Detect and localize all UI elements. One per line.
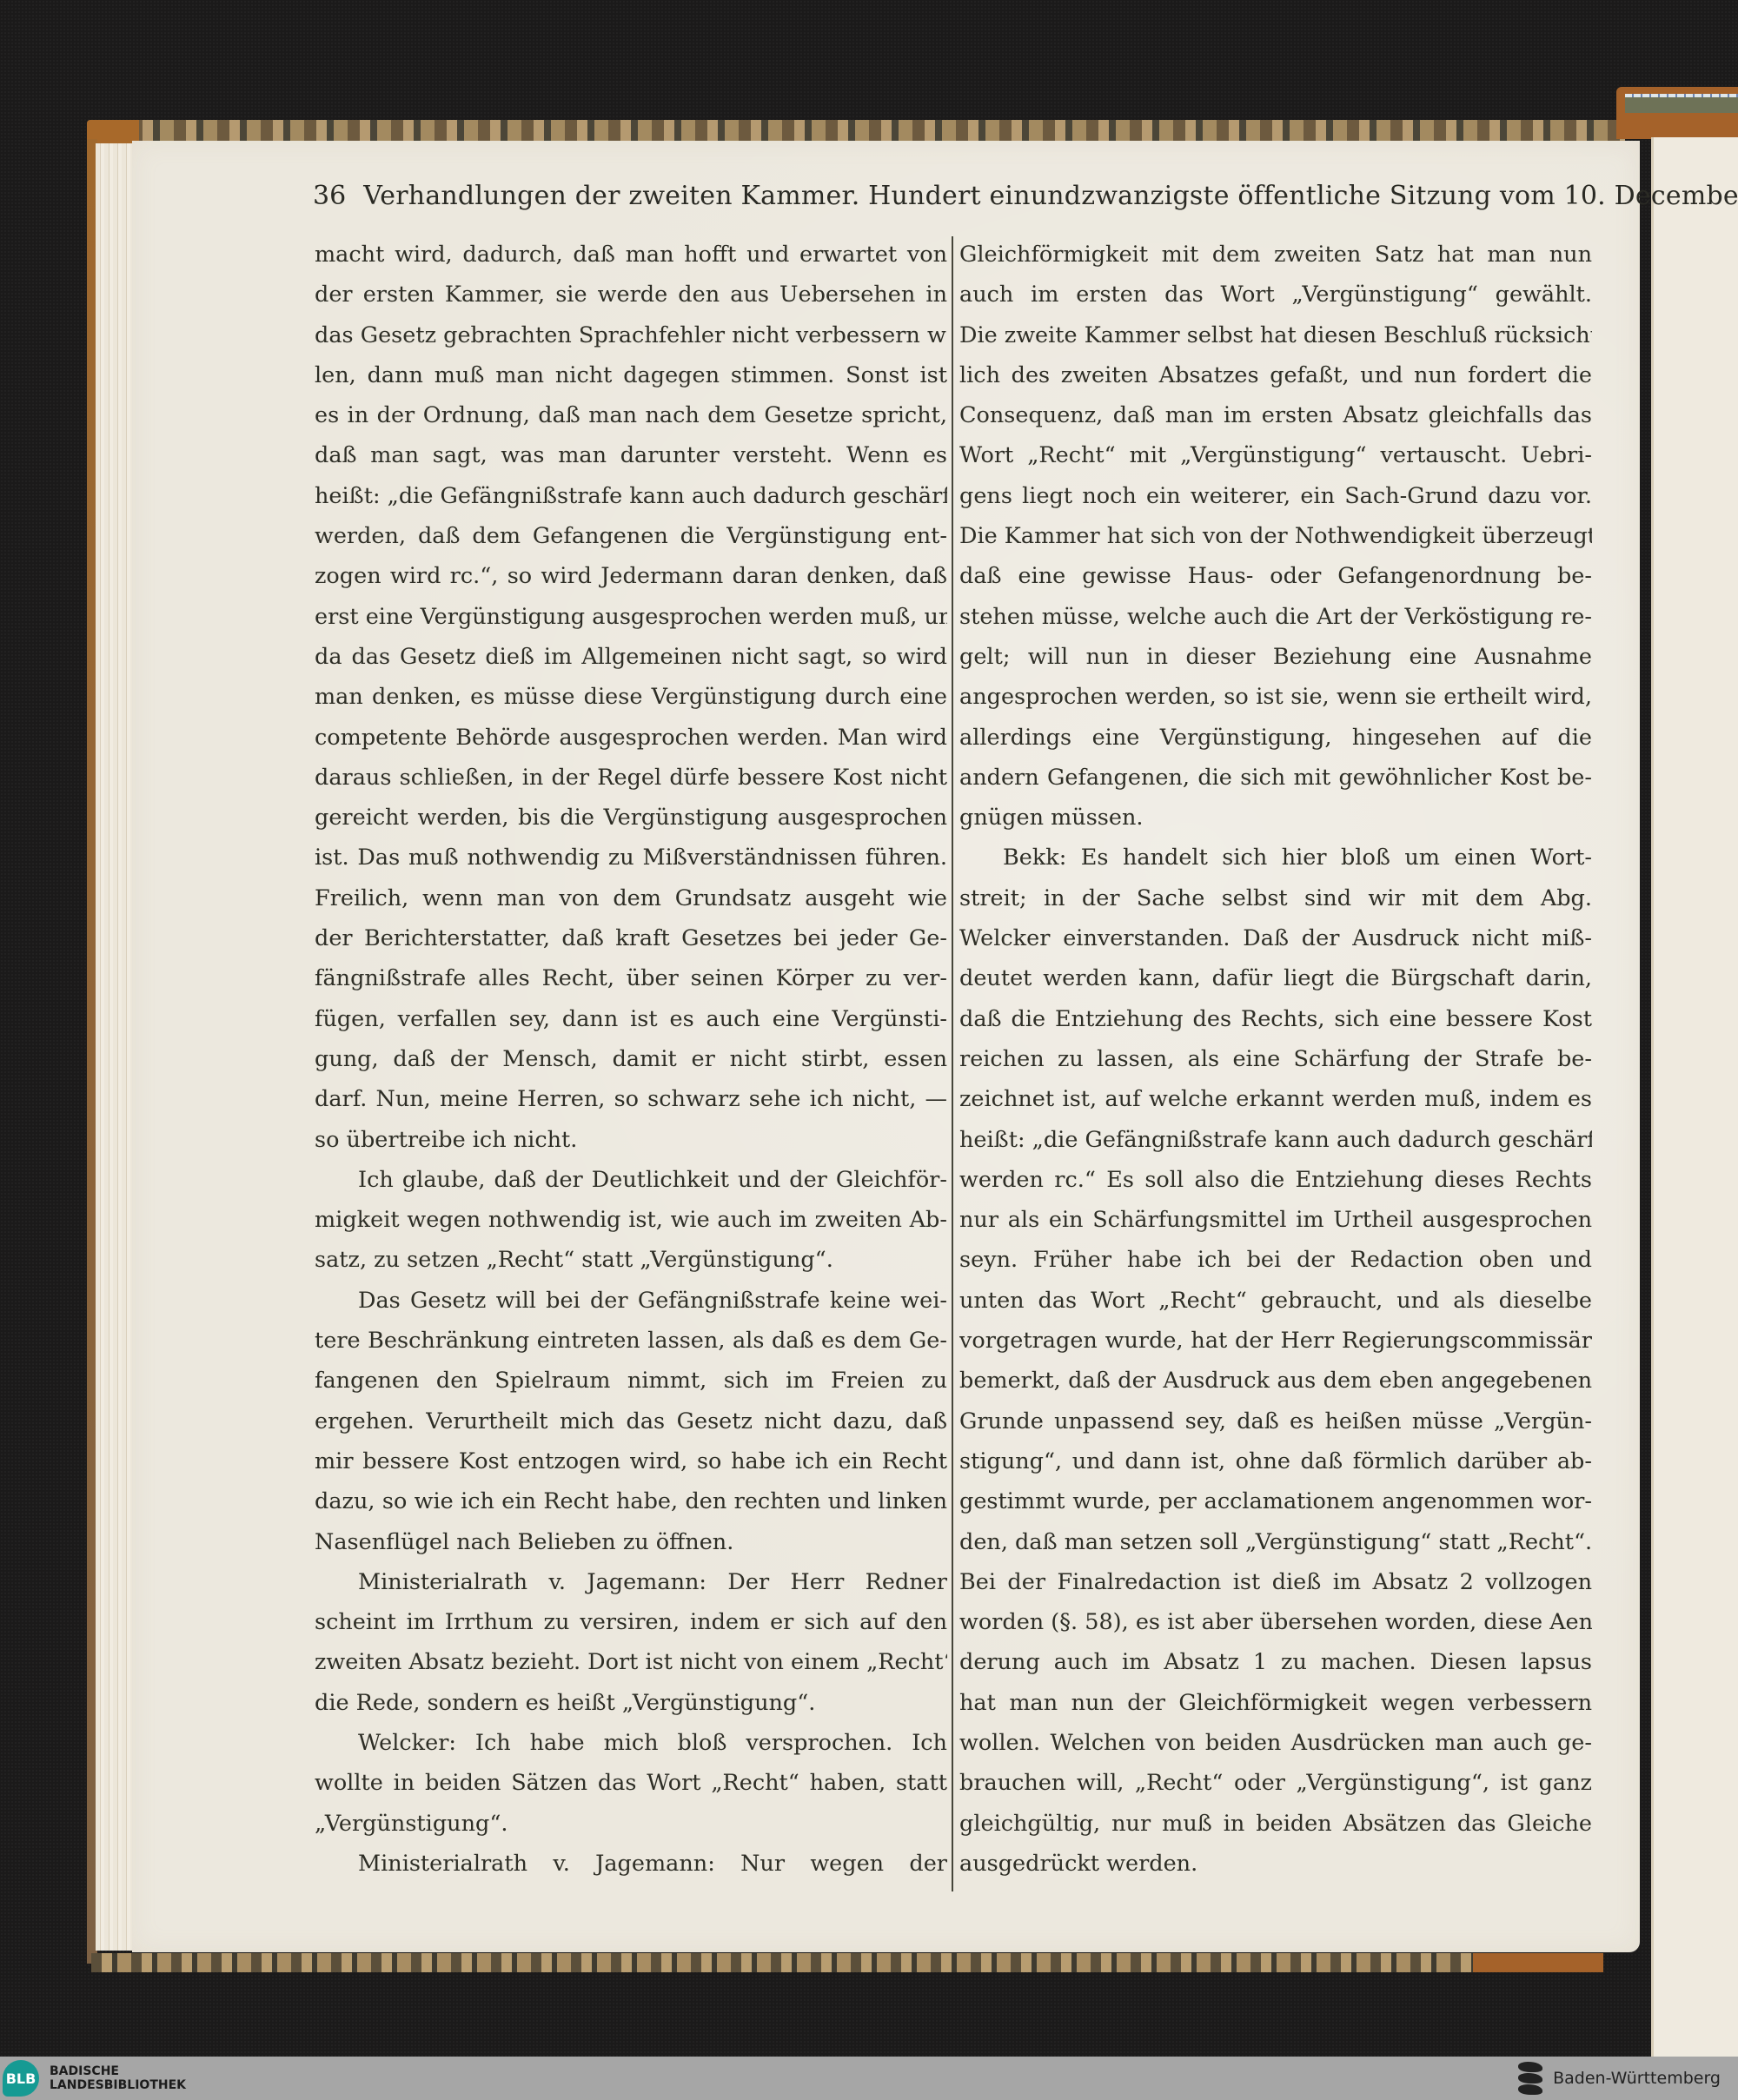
text-line: len, dann muß man nicht dagegen stimmen.…: [315, 355, 947, 395]
text-line: Die Kammer hat sich von der Nothwendigke…: [959, 516, 1592, 556]
page-stack-edges: [96, 143, 135, 1951]
text-line: Wort „Recht“ mit „Vergünstigung“ vertaus…: [959, 435, 1592, 475]
blb-logo-icon: BLB: [3, 2060, 39, 2097]
text-line: Die zweite Kammer selbst hat diesen Besc…: [959, 315, 1592, 355]
text-line: derung auch im Absatz 1 zu machen. Diese…: [959, 1642, 1592, 1682]
text-line: Consequenz, daß man im ersten Absatz gle…: [959, 395, 1592, 435]
text-line: gereicht werden, bis die Vergünstigung a…: [315, 798, 947, 838]
text-line: angesprochen werden, so ist sie, wenn si…: [959, 677, 1592, 717]
text-line: erst eine Vergünstigung ausgesprochen we…: [315, 597, 947, 637]
text-line: man denken, es müsse diese Vergünstigung…: [315, 677, 947, 717]
text-line: streit; in der Sache selbst sind wir mit…: [959, 878, 1592, 918]
text-line: werden rc.“ Es soll also die Entziehung …: [959, 1160, 1592, 1200]
text-line: nur als ein Schärfungsmittel im Urtheil …: [959, 1200, 1592, 1240]
headband: [1625, 94, 1738, 113]
text-line: zweiten Absatz bezieht. Dort ist nicht v…: [315, 1642, 947, 1682]
text-line: worden (§. 58), es ist aber übersehen wo…: [959, 1602, 1592, 1642]
text-line: tere Beschränkung eintreten lassen, als …: [315, 1321, 947, 1361]
text-line: seyn. Früher habe ich bei der Redaction …: [959, 1240, 1592, 1280]
text-line: stigung“, und dann ist, ohne daß förmlic…: [959, 1441, 1592, 1481]
text-line: gestimmt wurde, per acclamationem angeno…: [959, 1481, 1592, 1521]
text-line: heißt: „die Gefängnißstrafe kann auch da…: [959, 1120, 1592, 1160]
text-line: da das Gesetz dieß im Allgemeinen nicht …: [315, 637, 947, 677]
text-line: Bei der Finalredaction ist dieß im Absat…: [959, 1562, 1592, 1602]
text-line: fügen, verfallen sey, dann ist es auch e…: [315, 999, 947, 1039]
page-number: 36: [313, 181, 346, 211]
right-cover-corner: [1616, 87, 1738, 139]
text-line: wollte in beiden Sätzen das Wort „Recht“…: [315, 1763, 947, 1803]
text-line: brauchen will, „Recht“ oder „Vergünstigu…: [959, 1763, 1592, 1803]
bw-name: Baden-Württemberg: [1553, 2069, 1721, 2088]
text-line: macht wird, dadurch, daß man hofft und e…: [315, 235, 947, 275]
text-line: fangenen den Spielraum nimmt, sich im Fr…: [315, 1361, 947, 1401]
text-line: gelt; will nun in dieser Beziehung eine …: [959, 637, 1592, 677]
text-line: reichen zu lassen, als eine Schärfung de…: [959, 1039, 1592, 1079]
text-line: hat man nun der Gleichförmigkeit wegen v…: [959, 1683, 1592, 1723]
text-line: Welcker: Ich habe mich bloß versprochen.…: [315, 1723, 947, 1763]
text-line: satz, zu setzen „Recht“ statt „Vergünsti…: [315, 1240, 947, 1280]
text-line: daß eine gewisse Haus- oder Gefangenordn…: [959, 556, 1592, 596]
text-line: competente Behörde ausgesprochen werden.…: [315, 718, 947, 758]
blb-branding[interactable]: BLB BADISCHE LANDESBIBLIOTHEK: [3, 2060, 186, 2097]
book-cover-bottom-edge: [91, 1953, 1603, 1972]
text-line: scheint im Irrthum zu versiren, indem er…: [315, 1602, 947, 1642]
column-divider: [952, 236, 953, 1891]
blb-name-line1: BADISCHE: [50, 2064, 186, 2078]
text-line: ist. Das muß nothwendig zu Mißverständni…: [315, 838, 947, 878]
text-line: auch im ersten das Wort „Vergünstigung“ …: [959, 275, 1592, 315]
text-line: zeichnet ist, auf welche erkannt werden …: [959, 1079, 1592, 1119]
text-line: fängnißstrafe alles Recht, über seinen K…: [315, 958, 947, 998]
text-line: es in der Ordnung, daß man nach dem Gese…: [315, 395, 947, 435]
text-line: unten das Wort „Recht“ gebraucht, und al…: [959, 1281, 1592, 1321]
text-line: gleichgültig, nur muß in beiden Absätzen…: [959, 1804, 1592, 1844]
text-line: den, daß man setzen soll „Vergünstigung“…: [959, 1522, 1592, 1562]
text-line: mir bessere Kost entzogen wird, so habe …: [315, 1441, 947, 1481]
facing-page-edge: [1651, 137, 1738, 2075]
text-line: dazu, so wie ich ein Recht habe, den rec…: [315, 1481, 947, 1521]
text-line: wollen. Welchen von beiden Ausdrücken ma…: [959, 1723, 1592, 1763]
text-line: andern Gefangenen, die sich mit gewöhnli…: [959, 758, 1592, 798]
right-column: Gleichförmigkeit mit dem zweiten Satz ha…: [959, 235, 1592, 1884]
running-title: Verhandlungen der zweiten Kammer. Hunder…: [363, 181, 1738, 211]
text-line: Das Gesetz will bei der Gefängnißstrafe …: [315, 1281, 947, 1321]
blb-name-line2: LANDESBIBLIOTHEK: [50, 2078, 186, 2092]
text-line: bemerkt, daß der Ausdruck aus dem eben a…: [959, 1361, 1592, 1401]
text-line: die Rede, sondern es heißt „Vergünstigun…: [315, 1683, 947, 1723]
text-line: Gleichförmigkeit mit dem zweiten Satz ha…: [959, 235, 1592, 275]
text-line: Grunde unpassend sey, daß es heißen müss…: [959, 1401, 1592, 1441]
text-line: Freilich, wenn man von dem Grundsatz aus…: [315, 878, 947, 918]
text-line: lich des zweiten Absatzes gefaßt, und nu…: [959, 355, 1592, 395]
text-line: deutet werden kann, dafür liegt die Bürg…: [959, 958, 1592, 998]
text-line: daß die Entziehung des Rechts, sich eine…: [959, 999, 1592, 1039]
bw-lions-icon: [1518, 2062, 1542, 2095]
page-header: 36 Verhandlungen der zweiten Kammer. Hun…: [313, 181, 1590, 211]
text-line: vorgetragen wurde, hat der Herr Regierun…: [959, 1321, 1592, 1361]
text-line: migkeit wegen nothwendig ist, wie auch i…: [315, 1200, 947, 1240]
text-line: der ersten Kammer, sie werde den aus Ueb…: [315, 275, 947, 315]
text-line: darf. Nun, meine Herren, so schwarz sehe…: [315, 1079, 947, 1119]
text-line: das Gesetz gebrachten Sprachfehler nicht…: [315, 315, 947, 355]
text-line: daraus schließen, in der Regel dürfe bes…: [315, 758, 947, 798]
text-line: gung, daß der Mensch, damit er nicht sti…: [315, 1039, 947, 1079]
text-line: ergehen. Verurtheilt mich das Gesetz nic…: [315, 1401, 947, 1441]
text-line: allerdings eine Vergünstigung, hingesehe…: [959, 718, 1592, 758]
text-line: gnügen müssen.: [959, 798, 1592, 838]
text-line: der Berichterstatter, daß kraft Gesetzes…: [315, 918, 947, 958]
left-column: macht wird, dadurch, daß man hofft und e…: [315, 235, 947, 1884]
text-line: zogen wird rc.“, so wird Jedermann daran…: [315, 556, 947, 596]
text-line: Ministerialrath v. Jagemann: Der Herr Re…: [315, 1562, 947, 1602]
text-line: heißt: „die Gefängnißstrafe kann auch da…: [315, 476, 947, 516]
text-line: stehen müsse, welche auch die Art der Ve…: [959, 597, 1592, 637]
text-line: Ministerialrath v. Jagemann: Nur wegen d…: [315, 1844, 947, 1884]
text-line: so übertreibe ich nicht.: [315, 1120, 947, 1160]
text-line: ausgedrückt werden.: [959, 1844, 1592, 1884]
text-line: daß man sagt, was man darunter versteht.…: [315, 435, 947, 475]
text-line: gens liegt noch ein weiterer, ein Sach-G…: [959, 476, 1592, 516]
blb-name: BADISCHE LANDESBIBLIOTHEK: [50, 2064, 186, 2092]
text-line: Nasenflügel nach Belieben zu öffnen.: [315, 1522, 947, 1562]
text-line: Ich glaube, daß der Deutlichkeit und der…: [315, 1160, 947, 1200]
text-line: werden, daß dem Gefangenen die Vergünsti…: [315, 516, 947, 556]
text-line: „Vergünstigung“.: [315, 1804, 947, 1844]
bw-branding[interactable]: Baden-Württemberg: [1518, 2062, 1721, 2095]
text-line: Welcker einverstanden. Daß der Ausdruck …: [959, 918, 1592, 958]
footer-bar: BLB BADISCHE LANDESBIBLIOTHEK Baden-Würt…: [0, 2057, 1738, 2100]
text-line: Bekk: Es handelt sich hier bloß um einen…: [959, 838, 1592, 878]
